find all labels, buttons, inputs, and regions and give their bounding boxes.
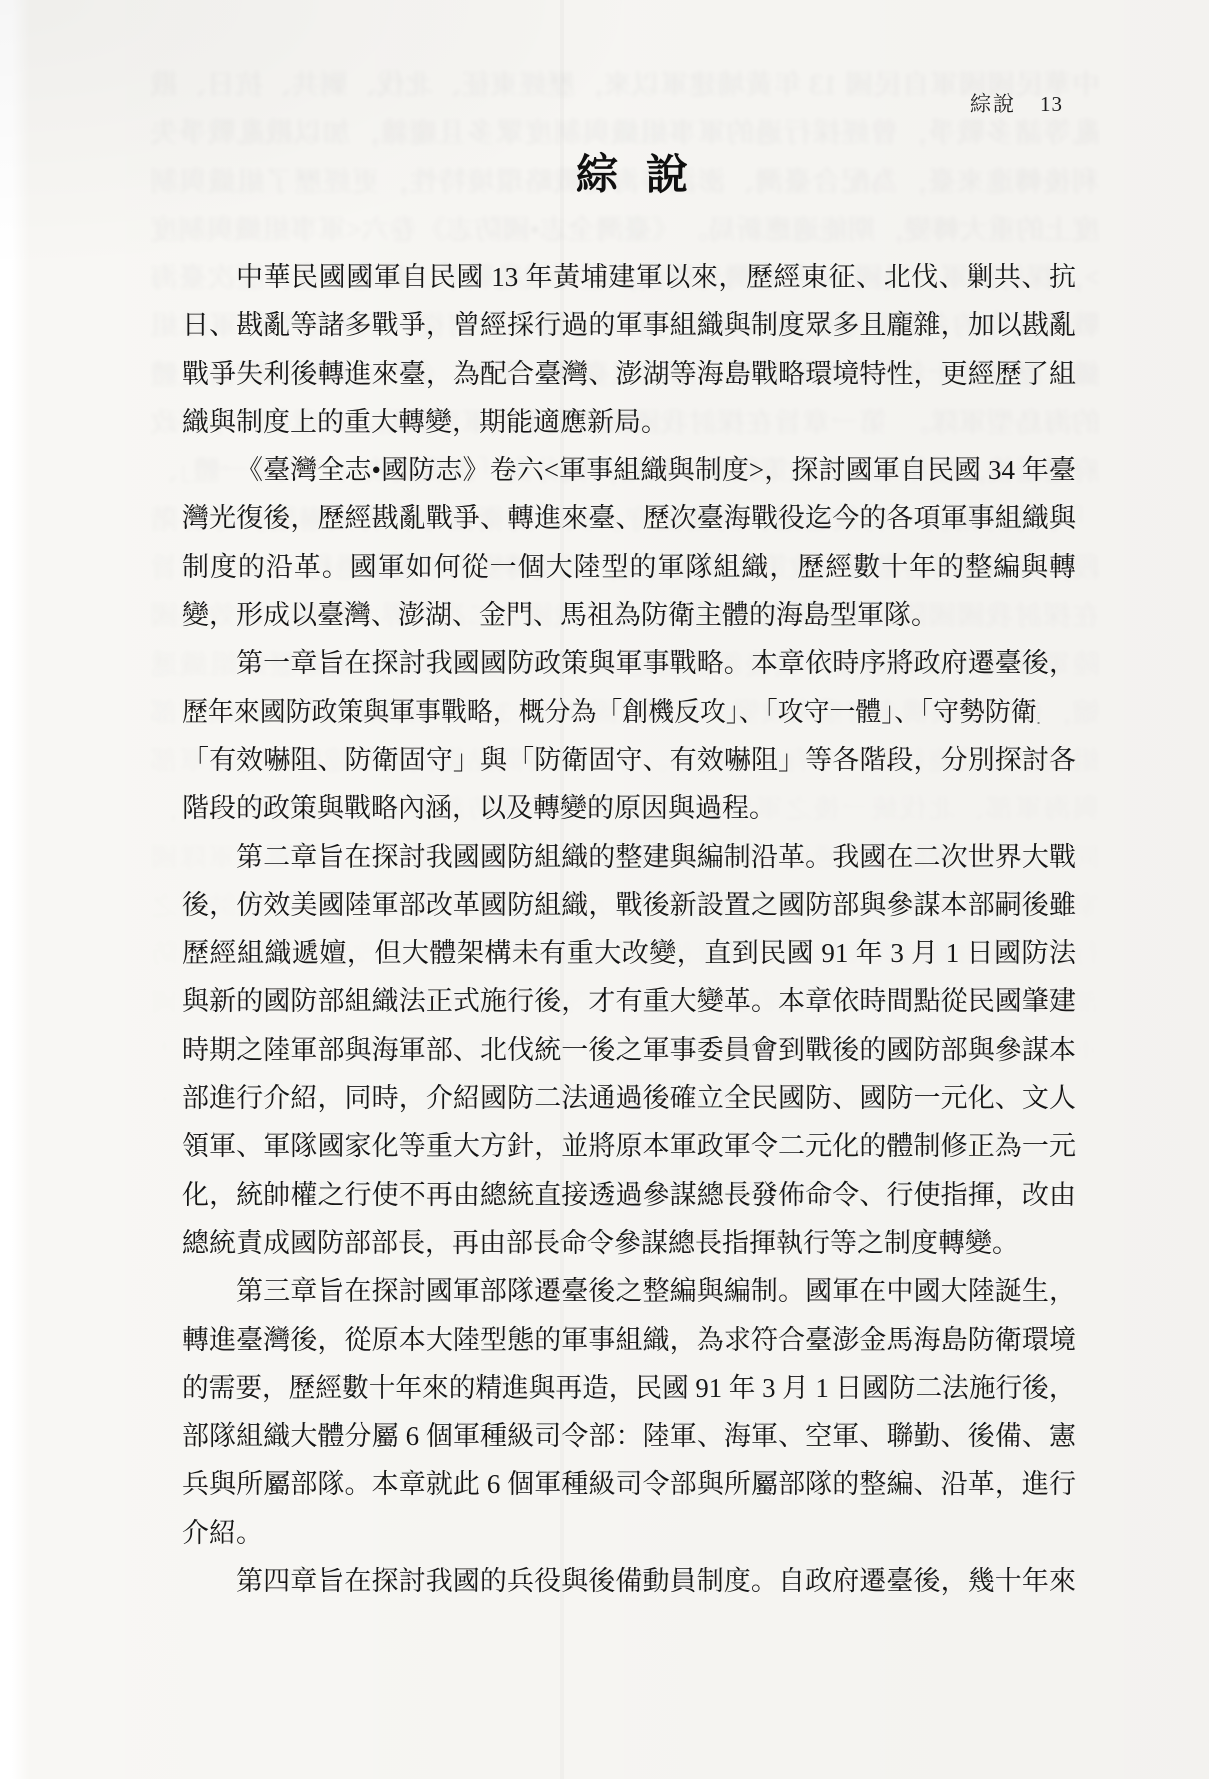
text-line: 介紹。: [182, 1509, 1076, 1557]
text-line: 部隊組織大體分屬 6 個軍種級司令部：陸軍、海軍、空軍、聯勤、後備、憲: [182, 1412, 1076, 1460]
text-line: 轉進臺灣後，從原本大陸型態的軍事組織，為求符合臺澎金馬海島防衛環境: [182, 1316, 1076, 1364]
text-line: 歷經組織遞嬗，但大體架構未有重大改變，直到民國 91 年 3 月 1 日國防法: [182, 929, 1076, 977]
text-line: 戰爭失利後轉進來臺，為配合臺灣、澎湖等海島戰略環境特性，更經歷了組: [182, 350, 1076, 398]
body-text: 中華民國國軍自民國 13 年黃埔建軍以來，歷經東征、北伐、剿共、抗日、戡亂等諸多…: [182, 253, 1076, 1605]
text-line: 階段的政策與戰略內涵，以及轉變的原因與過程。: [182, 784, 1076, 832]
text-line: 第三章旨在探討國軍部隊遷臺後之整編與編制。國軍在中國大陸誕生，: [182, 1267, 1076, 1315]
text-line: 變，形成以臺灣、澎湖、金門、馬祖為防衛主體的海島型軍隊。: [182, 591, 1076, 639]
text-line: 化，統帥權之行使不再由總統直接透過參謀總長發佈命令、行使指揮，改由: [182, 1171, 1076, 1219]
text-line: 兵與所屬部隊。本章就此 6 個軍種級司令部與所屬部隊的整編、沿革，進行: [182, 1460, 1076, 1508]
paragraph: 第一章旨在探討我國國防政策與軍事戰略。本章依時序將政府遷臺後，歷年來國防政策與軍…: [182, 639, 1076, 832]
text-line: 的需要，歷經數十年來的精進與再造，民國 91 年 3 月 1 日國防二法施行後，: [182, 1364, 1065, 1412]
text-line: 織與制度上的重大轉變，期能適應新局。: [182, 398, 1076, 446]
running-header: 綜說13: [970, 90, 1063, 118]
text-line: 第四章旨在探討我國的兵役與後備動員制度。自政府遷臺後，幾十年來: [182, 1557, 1076, 1605]
paragraph: 第二章旨在探討我國國防組織的整建與編制沿革。我國在二次世界大戰後，仿效美國陸軍部…: [182, 833, 1076, 1268]
text-line: 第二章旨在探討我國國防組織的整建與編制沿革。我國在二次世界大戰: [182, 833, 1076, 881]
scanned-book-page: 中華民國國軍自民國 13 年黃埔建軍以來，歷經東征、北伐、剿共、抗日、戡亂等諸多…: [0, 0, 1209, 1779]
paragraph: 《臺灣全志•國防志》卷六<軍事組織與制度>，探討國軍自民國 34 年臺灣光復後，…: [182, 446, 1076, 639]
text-line: 中華民國國軍自民國 13 年黃埔建軍以來，歷經東征、北伐、剿共、抗: [182, 253, 1076, 301]
paragraph: 第四章旨在探討我國的兵役與後備動員制度。自政府遷臺後，幾十年來: [182, 1557, 1076, 1605]
text-line: 《臺灣全志•國防志》卷六<軍事組織與制度>，探討國軍自民國 34 年臺: [182, 446, 1076, 494]
running-header-section-label: 綜說: [970, 92, 1016, 116]
text-line: 領軍、軍隊國家化等重大方針，並將原本軍政軍令二元化的體制修正為一元: [182, 1122, 1076, 1170]
text-line: 第一章旨在探討我國國防政策與軍事戰略。本章依時序將政府遷臺後，: [182, 639, 1076, 687]
paragraph: 中華民國國軍自民國 13 年黃埔建軍以來，歷經東征、北伐、剿共、抗日、戡亂等諸多…: [182, 253, 1076, 446]
text-line: 總統責成國防部部長，再由部長命令參謀總長指揮執行等之制度轉變。: [182, 1219, 1076, 1267]
text-line: 「有效嚇阻、防衛固守」與「防衛固守、有效嚇阻」等各階段，分別探討各: [182, 736, 1076, 784]
text-line: 時期之陸軍部與海軍部、北伐統一後之軍事委員會到戰後的國防部與參謀本: [182, 1026, 1076, 1074]
text-line: 歷年來國防政策與軍事戰略，概分為「創機反攻」、「攻守一體」、「守勢防衛」、: [182, 688, 1040, 736]
text-line: 部進行介紹，同時，介紹國防二法通過後確立全民國防、國防一元化、文人: [182, 1074, 1076, 1122]
page-number: 13: [1040, 92, 1063, 116]
text-line: 日、戡亂等諸多戰爭，曾經採行過的軍事組織與制度眾多且龐雜，加以戡亂: [182, 301, 1076, 349]
text-line: 後，仿效美國陸軍部改革國防組織，戰後新設置之國防部與參謀本部嗣後雖: [182, 881, 1076, 929]
text-line: 與新的國防部組織法正式施行後，才有重大變革。本章依時間點從民國肇建: [182, 977, 1076, 1025]
page-title: 綜說: [182, 148, 1076, 204]
text-line: 灣光復後，歷經戡亂戰爭、轉進來臺、歷次臺海戰役迄今的各項軍事組織與: [182, 494, 1076, 542]
paragraph: 第三章旨在探討國軍部隊遷臺後之整編與編制。國軍在中國大陸誕生，轉進臺灣後，從原本…: [182, 1267, 1076, 1557]
text-line: 制度的沿革。國軍如何從一個大陸型的軍隊組織，歷經數十年的整編與轉: [182, 543, 1076, 591]
